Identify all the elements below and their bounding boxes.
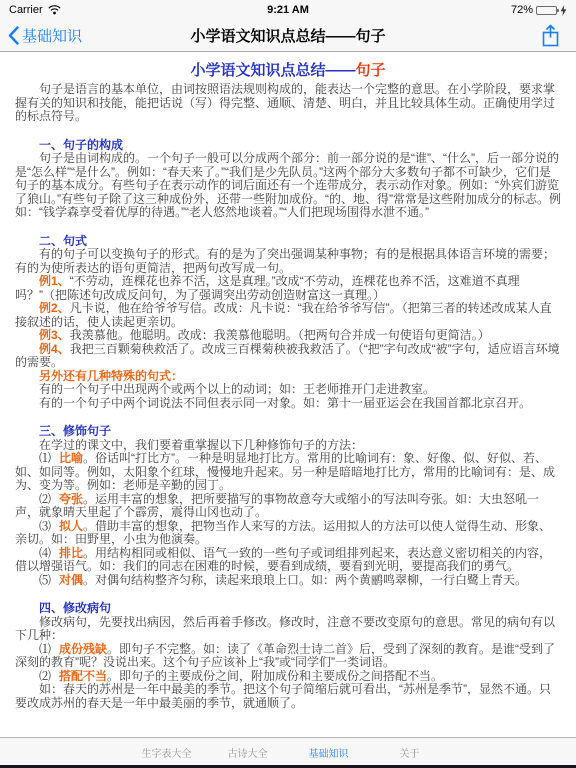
- item-number: ⑸: [39, 573, 51, 587]
- example-text: 凡卡说，他在给爷爷写信。改成：凡卡说：“我在给爷爷写信”。（把第三者的转述改成某…: [15, 301, 552, 329]
- section-2-body: 有的句子可以变换句子的形式。有的是为了突出强调某种事物；有的是根据具体语言环境的…: [15, 248, 561, 275]
- item-term: 搭配不当: [59, 669, 107, 683]
- rhetoric-item: ⑵夸张。运用丰富的想象，把所要描写的事物故意夸大或缩小的写法叫夸张。如：大虫怒吼…: [15, 493, 561, 520]
- item-number: ⑵: [39, 669, 51, 683]
- special-patterns-heading: 另外还有几种特殊的句式：: [15, 370, 561, 384]
- document-title-main: 小学语文知识点总结——: [190, 62, 355, 79]
- wifi-icon: [48, 5, 61, 15]
- example-label: 例4、: [39, 342, 70, 356]
- section-4-heading: 四、修改病句: [15, 602, 561, 616]
- section-4-intro: 修改病句，先要找出病因，然后再着手修改。修改时，注意不要改变原句的意思。常见的病…: [15, 616, 561, 643]
- section-1-heading: 一、句子的构成: [15, 139, 561, 153]
- document-title-topic: 句子: [356, 62, 386, 79]
- example-paragraph: 例1、“不劳动，连棵花也养不活，这是真理。”改成“不劳动，连棵花也养不活，这难道…: [15, 275, 561, 302]
- item-text: 。运用丰富的想象，把所要描写的事物故意夸大或缩小的写法叫夸张。如：大虫怒吼一声，…: [15, 492, 539, 520]
- battery-percent: 72%: [511, 4, 533, 16]
- example-paragraph: 例4、我把三百颗菊秧救活了。改成三百棵菊秧被我救活了。（“把”字句改成“被”字句…: [15, 343, 561, 370]
- error-type-item: ⑵搭配不当。即句子的主要成份之间，附加成份和主要成份之间搭配不当。: [15, 670, 561, 684]
- section-3-intro: 在学过的课文中，我们要着重掌握以下几种修饰句子的方法：: [15, 439, 561, 453]
- item-term: 排比: [59, 546, 83, 560]
- item-term: 比喻: [59, 451, 83, 465]
- item-text: 。借助丰富的想象，把物当作人来写的方法。运用拟人的方法可以使人觉得生动、形象、亲…: [15, 519, 551, 547]
- special-pattern-item: 有的一个句子中出现两个或两个以上的动词；如：王老师推开门走进教室。: [15, 383, 561, 397]
- item-number: ⑴: [39, 642, 51, 656]
- example-label: 例3、: [39, 328, 70, 342]
- back-button[interactable]: 基础知识: [8, 25, 82, 46]
- back-button-label: 基础知识: [22, 25, 82, 46]
- item-text: 。即句子的主要成份之间，附加成份和主要成份之间搭配不当。: [107, 669, 443, 683]
- item-term: 拟人: [59, 519, 83, 533]
- example-paragraph: 例2、凡卡说，他在给爷爷写信。改成：凡卡说：“我在给爷爷写信”。（把第三者的转述…: [15, 302, 561, 329]
- document-scroll-area[interactable]: 小学语文知识点总结——句子 句子是语言的基本单位，由词按照语法规则构成的，能表达…: [0, 52, 576, 737]
- share-button[interactable]: [541, 24, 560, 53]
- tab-basic-knowledge[interactable]: 基础知识: [288, 745, 369, 760]
- tab-word-list[interactable]: 生字表大全: [126, 745, 207, 760]
- status-bar: Carrier 9:21 AM 72%: [0, 0, 576, 20]
- item-text: 。俗话叫“打比方”。一种是明显地打比方。常用的比喻词有：象、好像、似、好似、若、…: [15, 451, 555, 492]
- page-title: 小学语文知识点总结——句子: [0, 25, 576, 46]
- document-title: 小学语文知识点总结——句子: [15, 62, 561, 80]
- tab-bar: 生字表大全 古诗大全 基础知识 关于: [0, 737, 576, 765]
- example-text: 我羡慕他。他聪明。改成：我羡慕他聪明。（把两句合并成一句使语句更简洁。）: [70, 328, 490, 342]
- item-number: ⑷: [39, 546, 51, 560]
- section-1-body: 句子是由词构成的。一个句子一般可以分成两个部分：前一部分说的是“谁”、“什么”，…: [15, 152, 561, 220]
- share-icon: [541, 24, 560, 48]
- example-paragraph: 例3、我羡慕他。他聪明。改成：我羡慕他聪明。（把两句合并成一句使语句更简洁。）: [15, 329, 561, 343]
- rhetoric-item: ⑴比喻。俗话叫“打比方”。一种是明显地打比方。常用的比喻词有：象、好像、似、好似…: [15, 452, 561, 493]
- item-term: 夸张: [59, 492, 83, 506]
- navigation-bar: 基础知识 小学语文知识点总结——句子: [0, 20, 576, 52]
- example-label: 例1、: [39, 274, 70, 288]
- item-term: 成份残缺: [59, 642, 107, 656]
- item-number: ⑴: [39, 451, 51, 465]
- item-text: 。对偶句结构整齐匀称，读起来琅琅上口。如：两个黄鹂鸣翠柳，一行白鹭上青天。: [83, 573, 527, 587]
- app-screen: Carrier 9:21 AM 72% 基础知识 小: [0, 0, 576, 768]
- back-chevron-icon: [8, 26, 19, 45]
- tab-ancient-poems[interactable]: 古诗大全: [207, 745, 288, 760]
- example-text: “不劳动，连棵花也养不活，这是真理。”改成“不劳动，连棵花也养不活，这难道不真理…: [15, 274, 520, 302]
- example-text: 我把三百颗菊秧救活了。改成三百棵菊秧被我救活了。（“把”字句改成“被”字句，适应…: [15, 342, 560, 370]
- charging-bolt-icon: [560, 5, 567, 16]
- item-number: ⑶: [39, 519, 51, 533]
- carrier-label: Carrier: [9, 4, 43, 16]
- battery-icon: [536, 6, 557, 15]
- rhetoric-item: ⑸对偶。对偶句结构整齐匀称，读起来琅琅上口。如：两个黄鹂鸣翠柳，一行白鹭上青天。: [15, 574, 561, 588]
- intro-paragraph: 句子是语言的基本单位，由词按照语法规则构成的，能表达一个完整的意思。在小学阶段，…: [15, 83, 561, 124]
- rhetoric-item: ⑶拟人。借助丰富的想象，把物当作人来写的方法。运用拟人的方法可以使人觉得生动、形…: [15, 520, 561, 547]
- special-pattern-item: 有的一个句子中两个词说法不同但表示同一对象。如：第十一届亚运会在我国首都北京召开…: [15, 397, 561, 411]
- section-4-tail: 如：春天的苏州是一年中最美的季节。把这个句子简缩后就可看出，“苏州是季节”，显然…: [15, 683, 561, 710]
- section-2-heading: 二、句式: [15, 235, 561, 249]
- rhetoric-item: ⑷排比。用结构相同或相似、语气一致的一些句子或词组排列起来，表达意义密切相关的内…: [15, 547, 561, 574]
- item-term: 对偶: [59, 573, 83, 587]
- item-number: ⑵: [39, 492, 51, 506]
- clock: 9:21 AM: [179, 4, 397, 16]
- tab-about[interactable]: 关于: [369, 745, 450, 760]
- item-text: 。用结构相同或相似、语气一致的一些句子或词组排列起来，表达意义密切相关的内容，借…: [15, 546, 551, 574]
- error-type-item: ⑴成份残缺。即句子不完整。如：读了《革命烈士诗二首》后，受到了深刻的教育。是谁“…: [15, 643, 561, 670]
- example-label: 例2、: [39, 301, 70, 315]
- section-3-heading: 三、修饰句子: [15, 425, 561, 439]
